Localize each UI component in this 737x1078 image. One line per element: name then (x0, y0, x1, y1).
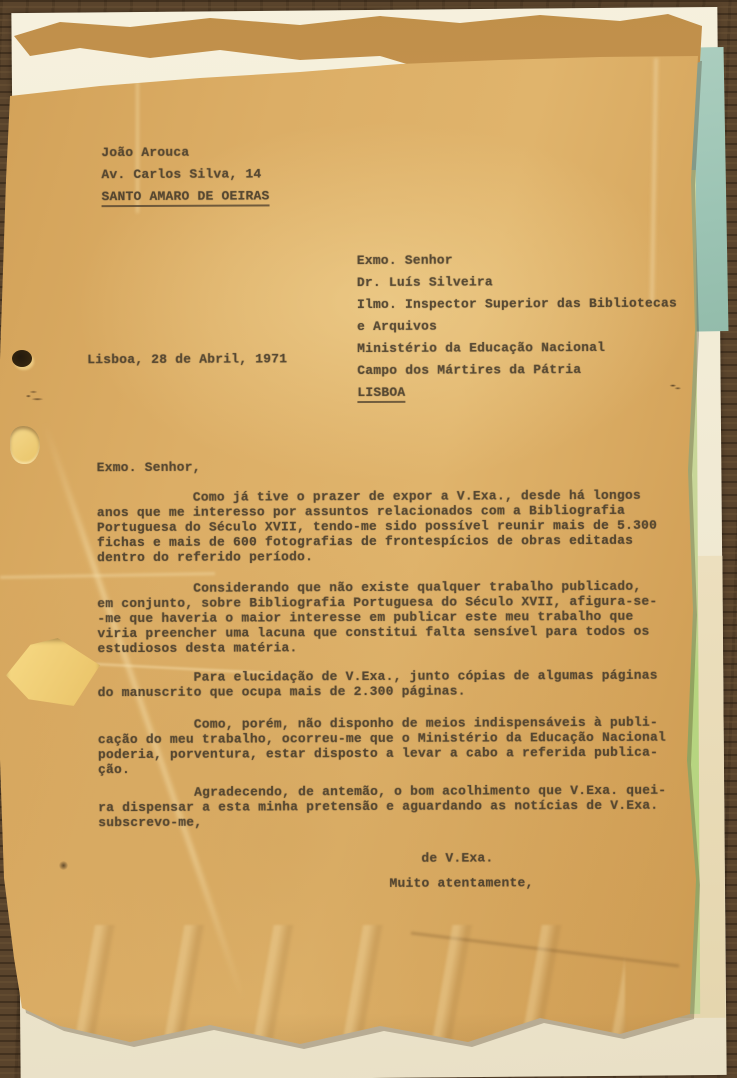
letter-content: João Arouca Av. Carlos Silva, 14 SANTO A… (0, 0, 737, 1078)
closing-line-1: de V.Exa. (421, 850, 493, 865)
recipient-line: e Arquivos (357, 315, 677, 338)
salutation: Exmo. Senhor, (97, 460, 201, 475)
recipient-line: Campo dos Mártires da Pátria (357, 359, 677, 382)
recipient-line: Exmo. Senhor (357, 249, 677, 272)
sender-street: Av. Carlos Silva, 14 (101, 163, 269, 186)
recipient-line: Ministério da Educação Nacional (357, 337, 677, 360)
paragraph-1: Como já tive o prazer de expor a V.Exa.,… (97, 488, 701, 566)
recipient-line: Dr. Luís Silveira (357, 271, 677, 294)
sender-city: SANTO AMARO DE OEIRAS (101, 185, 269, 208)
paragraph-3: Para elucidação de V.Exa., junto cópias … (98, 668, 702, 701)
recipient-block: Exmo. Senhor Dr. Luís Silveira Ilmo. Ins… (357, 249, 678, 404)
paragraph-5: Agradecendo, de antemão, o bom acolhimen… (98, 783, 702, 831)
sender-name: João Arouca (101, 141, 269, 164)
date-line: Lisboa, 28 de Abril, 1971 (87, 351, 287, 367)
closing-line-2: Muito atentamente, (389, 875, 533, 891)
recipient-city: LISBOA (357, 381, 677, 404)
photo-scene: João Arouca Av. Carlos Silva, 14 SANTO A… (0, 0, 737, 1078)
recipient-line: Ilmo. Inspector Superior das Bibliotecas (357, 293, 677, 316)
paragraph-4: Como, porém, não disponho de meios indis… (98, 715, 702, 778)
sender-block: João Arouca Av. Carlos Silva, 14 SANTO A… (101, 141, 269, 208)
paragraph-2: Considerando que não existe qualquer tra… (97, 579, 701, 657)
